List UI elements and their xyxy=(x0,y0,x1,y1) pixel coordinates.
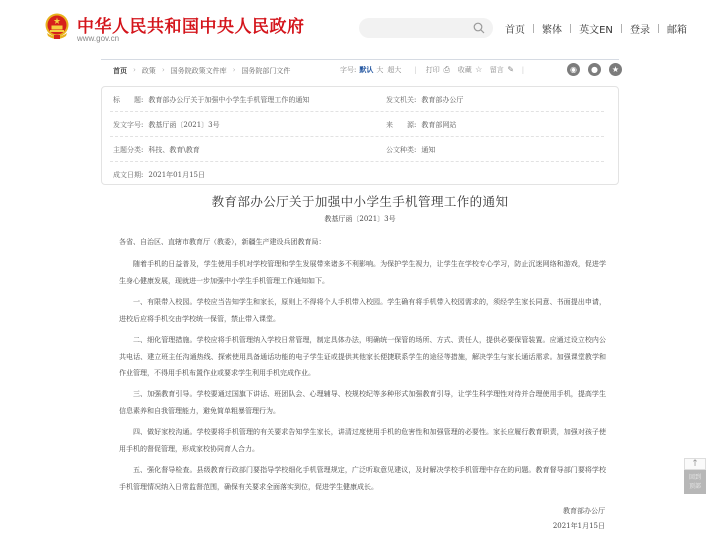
article-title: 教育部办公厅关于加强中小学生手机管理工作的通知 xyxy=(101,192,619,210)
breadcrumb-home[interactable]: 首页 xyxy=(113,66,127,76)
info-value: 科技、教育\教育 xyxy=(148,146,199,154)
salutation: 各省、自治区、直辖市教育厅（教委），新疆生产建设兵团教育局： xyxy=(119,234,606,251)
wechat-icon[interactable]: ● xyxy=(588,63,601,76)
info-row: 发文字号:教基厅函〔2021〕3号 来 源:教育部网站 xyxy=(110,112,604,137)
document-number: 教基厅函〔2021〕3号 xyxy=(101,214,619,224)
info-label: 成文日期: xyxy=(113,170,143,180)
back-to-top-label[interactable]: 回到 顶部 xyxy=(684,470,706,494)
info-value: 教基厅函〔2021〕3号 xyxy=(148,121,219,129)
weibo-icon[interactable]: ◉ xyxy=(567,63,580,76)
info-label: 发文机关: xyxy=(386,95,416,105)
breadcrumb-policy-library[interactable]: 国务院政策文件库 xyxy=(171,66,227,76)
star-icon[interactable]: ☆ xyxy=(475,66,483,74)
article-paragraph: 三、加强教育引导。学校要通过国旗下讲话、班团队会、心理辅导、校规校纪等多种形式加… xyxy=(119,386,606,419)
article-paragraph: 随着手机的日益普及，学生使用手机对学校管理和学生发展带来诸多不利影响。为保护学生… xyxy=(119,256,606,289)
article-tools: 字号: 默认 大 超大 | 打印 ⎙ 收藏 ☆ 留言 ✎ | xyxy=(340,65,533,75)
nav-login[interactable]: 登录 xyxy=(630,21,650,36)
info-value: 通知 xyxy=(421,146,435,154)
national-emblem-icon[interactable] xyxy=(44,13,70,41)
info-value: 2021年01月15日 xyxy=(148,171,205,179)
share-buttons: ◉ ● ★ xyxy=(567,63,622,76)
nav-home[interactable]: 首页 xyxy=(505,21,525,36)
site-url: www.gov.cn xyxy=(77,34,119,43)
nav-separator: | xyxy=(657,24,660,34)
info-row: 标 题:教育部办公厅关于加强中小学生手机管理工作的通知 发文机关:教育部办公厅 xyxy=(110,87,604,112)
chevron-right-icon: › xyxy=(133,66,136,76)
divider: | xyxy=(522,66,524,74)
info-row: 主题分类:科技、教育\教育 公文种类:通知 xyxy=(110,137,604,162)
print-button[interactable]: 打印 xyxy=(426,65,440,75)
font-size-label: 字号: xyxy=(340,65,356,75)
chevron-right-icon: › xyxy=(162,66,165,76)
breadcrumb: 首页 › 政策 › 国务院政策文件库 › 国务院部门文件 xyxy=(113,66,290,76)
font-size-default[interactable]: 默认 xyxy=(359,65,373,75)
favorite-button[interactable]: 收藏 xyxy=(458,65,472,75)
breadcrumb-toolbar: 首页 › 政策 › 国务院政策文件库 › 国务院部门文件 字号: 默认 大 超大… xyxy=(101,59,619,83)
info-row: 成文日期:2021年01月15日 xyxy=(110,162,604,187)
info-label: 标 题: xyxy=(113,95,143,105)
site-header: 中华人民共和国中央人民政府 www.gov.cn 首页 | 繁体 | 英文EN … xyxy=(0,0,720,55)
comment-button[interactable]: 留言 xyxy=(490,65,504,75)
font-size-large[interactable]: 大 xyxy=(376,65,383,75)
back-to-top-line2: 顶部 xyxy=(684,482,706,491)
back-to-top-button[interactable]: ↑ 回到 顶部 xyxy=(684,458,706,494)
info-label: 发文字号: xyxy=(113,120,143,130)
nav-mailbox[interactable]: 邮箱 xyxy=(667,21,687,36)
document-info-box: 标 题:教育部办公厅关于加强中小学生手机管理工作的通知 发文机关:教育部办公厅 … xyxy=(101,86,619,185)
info-label: 来 源: xyxy=(386,120,416,130)
chevron-right-icon: › xyxy=(233,66,236,76)
info-value: 教育部办公厅关于加强中小学生手机管理工作的通知 xyxy=(148,96,309,104)
info-value: 教育部办公厅 xyxy=(421,96,463,104)
nav-english[interactable]: 英文EN xyxy=(579,21,613,36)
info-label: 主题分类: xyxy=(113,145,143,155)
signature: 教育部办公厅 xyxy=(563,506,605,516)
breadcrumb-policy[interactable]: 政策 xyxy=(142,66,156,76)
search-icon[interactable] xyxy=(473,22,485,34)
printer-icon[interactable]: ⎙ xyxy=(443,66,451,74)
article-paragraph: 二、细化管理措施。学校应将手机管理纳入学校日常管理，制定具体办法，明确统一保管的… xyxy=(119,332,606,382)
info-value: 教育部网站 xyxy=(421,121,456,129)
breadcrumb-department-docs[interactable]: 国务院部门文件 xyxy=(241,66,290,76)
article-paragraph: 一、有限带入校园。学校应当告知学生和家长，原则上不得将个人手机带入校园。学生确有… xyxy=(119,294,606,327)
article-paragraph: 四、做好家校沟通。学校要将手机管理的有关要求告知学生家长，讲清过度使用手机的危害… xyxy=(119,424,606,457)
nav-separator: | xyxy=(569,24,572,34)
nav-separator: | xyxy=(532,24,535,34)
arrow-up-icon[interactable]: ↑ xyxy=(684,458,706,470)
qzone-icon[interactable]: ★ xyxy=(609,63,622,76)
signature-date: 2021年1月15日 xyxy=(553,521,605,531)
pencil-icon[interactable]: ✎ xyxy=(507,66,515,74)
back-to-top-line1: 回到 xyxy=(684,473,706,482)
nav-traditional[interactable]: 繁体 xyxy=(542,21,562,36)
divider: | xyxy=(414,66,416,74)
top-nav: 首页 | 繁体 | 英文EN | 登录 | 邮箱 xyxy=(505,21,687,36)
article-paragraph: 五、强化督导检查。县级教育行政部门要指导学校细化手机管理规定，广泛听取意见建议，… xyxy=(119,462,606,495)
nav-separator: | xyxy=(620,24,623,34)
font-size-xlarge[interactable]: 超大 xyxy=(387,65,401,75)
info-label: 公文种类: xyxy=(386,145,416,155)
search-input[interactable] xyxy=(359,18,493,38)
